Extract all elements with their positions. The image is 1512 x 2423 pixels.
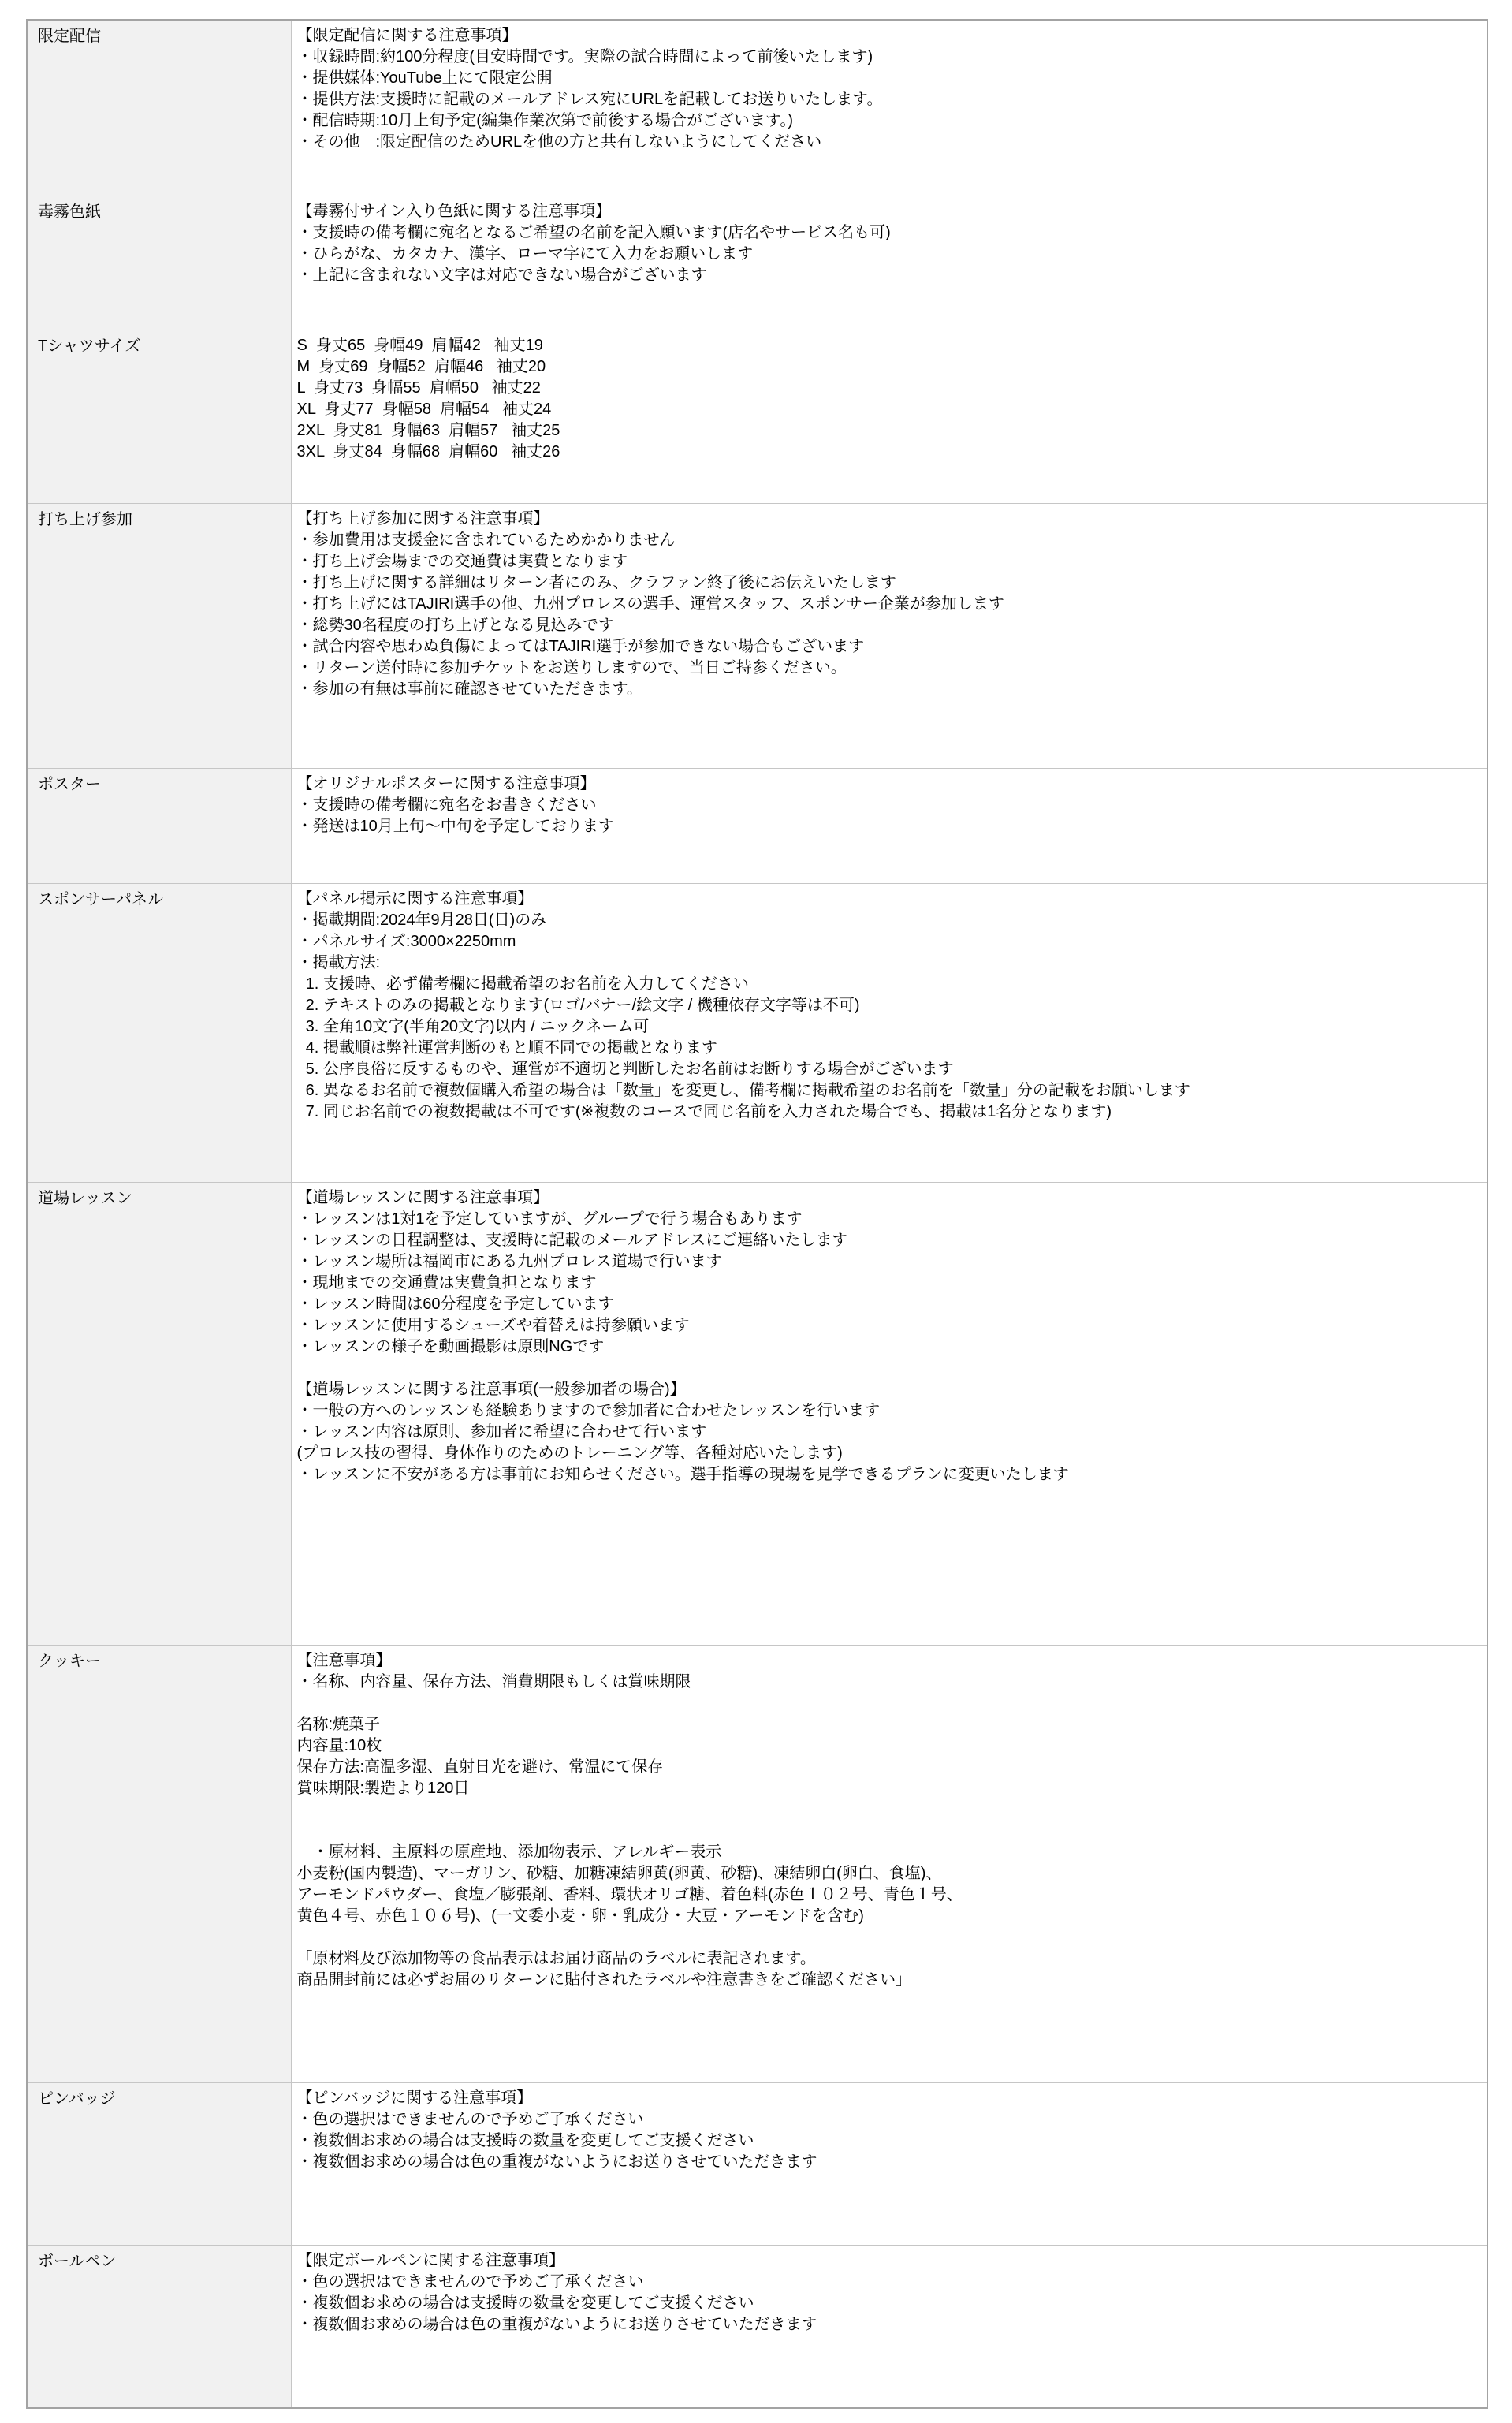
row-label: スポンサーパネル: [27, 883, 291, 1182]
row-notes: 【オリジナルポスターに関する注意事項】 ・支援時の備考欄に宛名をお書きください …: [291, 768, 1488, 883]
row-label: 毒霧色紙: [27, 196, 291, 330]
row-label: クッキー: [27, 1645, 291, 2082]
row-label: Tシャツサイズ: [27, 330, 291, 503]
table-row: 限定配信 【限定配信に関する注意事項】 ・収録時間:約100分程度(目安時間です…: [27, 20, 1488, 196]
table-row: 打ち上げ参加 【打ち上げ参加に関する注意事項】 ・参加費用は支援金に含まれている…: [27, 503, 1488, 768]
row-notes: 【パネル掲示に関する注意事項】 ・掲載期間:2024年9月28日(日)のみ ・パ…: [291, 883, 1488, 1182]
table-row: ポスター 【オリジナルポスターに関する注意事項】 ・支援時の備考欄に宛名をお書き…: [27, 768, 1488, 883]
row-label: ピンバッジ: [27, 2082, 291, 2245]
table-row: 毒霧色紙 【毒霧付サイン入り色紙に関する注意事項】 ・支援時の備考欄に宛名となる…: [27, 196, 1488, 330]
table-row: クッキー 【注意事項】 ・名称、内容量、保存方法、消費期限もしくは賞味期限 名称…: [27, 1645, 1488, 2082]
row-label: ボールペン: [27, 2245, 291, 2408]
row-notes: 【ピンバッジに関する注意事項】 ・色の選択はできませんので予めご了承ください ・…: [291, 2082, 1488, 2245]
return-notes-page: 限定配信 【限定配信に関する注意事項】 ・収録時間:約100分程度(目安時間です…: [0, 0, 1512, 2423]
table-row: ピンバッジ 【ピンバッジに関する注意事項】 ・色の選択はできませんので予めご了承…: [27, 2082, 1488, 2245]
row-notes: 【道場レッスンに関する注意事項】 ・レッスンは1対1を予定していますが、グループ…: [291, 1182, 1488, 1645]
row-label: 道場レッスン: [27, 1182, 291, 1645]
row-notes: 【限定配信に関する注意事項】 ・収録時間:約100分程度(目安時間です。実際の試…: [291, 20, 1488, 196]
return-notes-table: 限定配信 【限定配信に関する注意事項】 ・収録時間:約100分程度(目安時間です…: [26, 19, 1488, 2409]
row-label: ポスター: [27, 768, 291, 883]
row-label: 限定配信: [27, 20, 291, 196]
table-row: Tシャツサイズ S 身丈65 身幅49 肩幅42 袖丈19 M 身丈69 身幅5…: [27, 330, 1488, 503]
table-row: スポンサーパネル 【パネル掲示に関する注意事項】 ・掲載期間:2024年9月28…: [27, 883, 1488, 1182]
row-notes: 【注意事項】 ・名称、内容量、保存方法、消費期限もしくは賞味期限 名称:焼菓子 …: [291, 1645, 1488, 2082]
row-notes: 【限定ボールペンに関する注意事項】 ・色の選択はできませんので予めご了承ください…: [291, 2245, 1488, 2408]
row-notes: 【毒霧付サイン入り色紙に関する注意事項】 ・支援時の備考欄に宛名となるご希望の名…: [291, 196, 1488, 330]
row-notes: 【打ち上げ参加に関する注意事項】 ・参加費用は支援金に含まれているためかかりませ…: [291, 503, 1488, 768]
table-row: ボールペン 【限定ボールペンに関する注意事項】 ・色の選択はできませんので予めご…: [27, 2245, 1488, 2408]
row-notes: S 身丈65 身幅49 肩幅42 袖丈19 M 身丈69 身幅52 肩幅46 袖…: [291, 330, 1488, 503]
row-label: 打ち上げ参加: [27, 503, 291, 768]
table-row: 道場レッスン 【道場レッスンに関する注意事項】 ・レッスンは1対1を予定していま…: [27, 1182, 1488, 1645]
